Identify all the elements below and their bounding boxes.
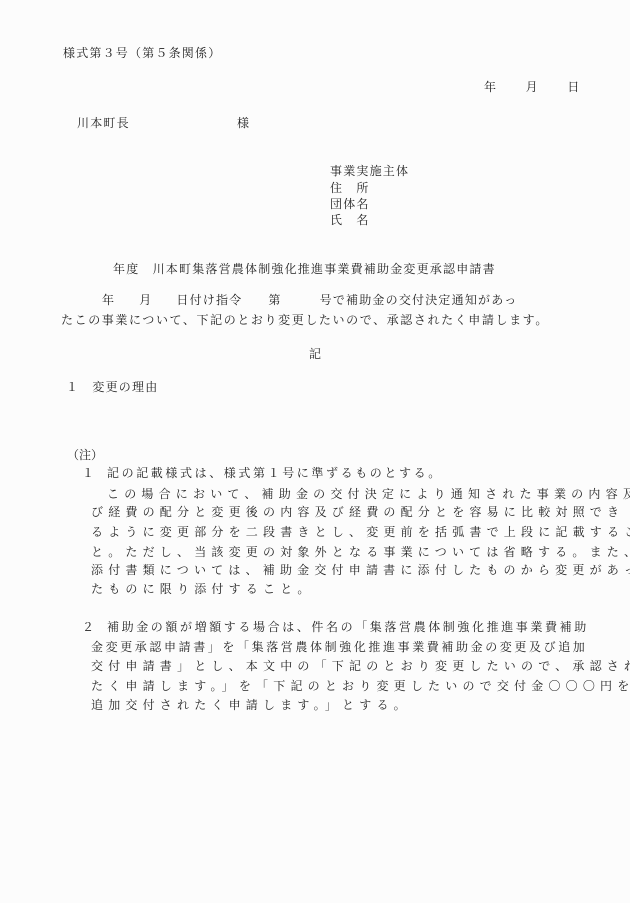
ki-label: 記 xyxy=(309,347,321,361)
note-2-line: たく申請します。」を「下記のとおり変更したいので交付金〇〇〇円を xyxy=(91,679,630,693)
notes-heading: （注） xyxy=(67,448,103,462)
body-line-1: 年月日付け指令第号で補助金の交付決定通知があっ xyxy=(102,293,518,307)
note-2-line: 金変更承認申請書」を「集落営農体制強化推進事業費補助金の変更及び追加 xyxy=(91,640,587,654)
note-2-line: 補助金の額が増額する場合は、件名の「集落営農体制強化推進事業費補助 xyxy=(107,620,589,634)
document-title: 年度 川本町集落営農体制強化推進事業費補助金変更承認申請書 xyxy=(113,262,496,276)
note-1-number: １ xyxy=(82,466,94,480)
note-2-number: ２ xyxy=(82,620,94,634)
section-change-reason: １ 変更の理由 xyxy=(66,380,158,394)
date-month: 月 xyxy=(526,80,538,94)
form-header: 様式第３号（第５条関係） xyxy=(63,46,221,60)
note-1-line: と。ただし、当該変更の対象外となる事業については省略する。また、 xyxy=(91,545,630,559)
body-line-2: たこの事業について、下記のとおり変更したいので、承認されたく申請します。 xyxy=(61,313,549,327)
applicant-organization-label: 団体名 xyxy=(330,197,370,211)
addressee: 川本町長 様 xyxy=(77,116,130,130)
note-1-line: この場合において、補助金の交付決定により通知された事業の内容及 xyxy=(107,487,630,501)
note-1-line: 添付書類については、補助金交付申請書に添付したものから変更があっ xyxy=(91,563,630,577)
date-day: 日 xyxy=(567,80,579,94)
applicant-heading: 事業実施主体 xyxy=(330,164,409,178)
date-line: 年 月 日 xyxy=(484,80,579,94)
note-2-line: 交付申請書」とし、本文中の「下記のとおり変更したいので、承認され xyxy=(91,659,630,673)
applicant-name-label: 氏 名 xyxy=(330,213,370,227)
note-1-line: るように変更部分を二段書きとし、変更前を括弧書で上段に記載するこ xyxy=(91,525,630,539)
addressee-honorific: 様 xyxy=(237,116,250,130)
note-1-line: び経費の配分と変更後の内容及び経費の配分とを容易に比較対照でき xyxy=(91,505,624,519)
applicant-address-label: 住 所 xyxy=(330,181,370,195)
note-1-line: たものに限り添付すること。 xyxy=(91,582,315,596)
note-1-first-line: 記の記載様式は、様式第１号に準ずるものとする。 xyxy=(107,466,443,480)
addressee-name: 川本町長 xyxy=(77,116,130,130)
note-2-line: 追加交付されたく申請します。」とする。 xyxy=(91,698,411,712)
date-year: 年 xyxy=(484,80,496,94)
